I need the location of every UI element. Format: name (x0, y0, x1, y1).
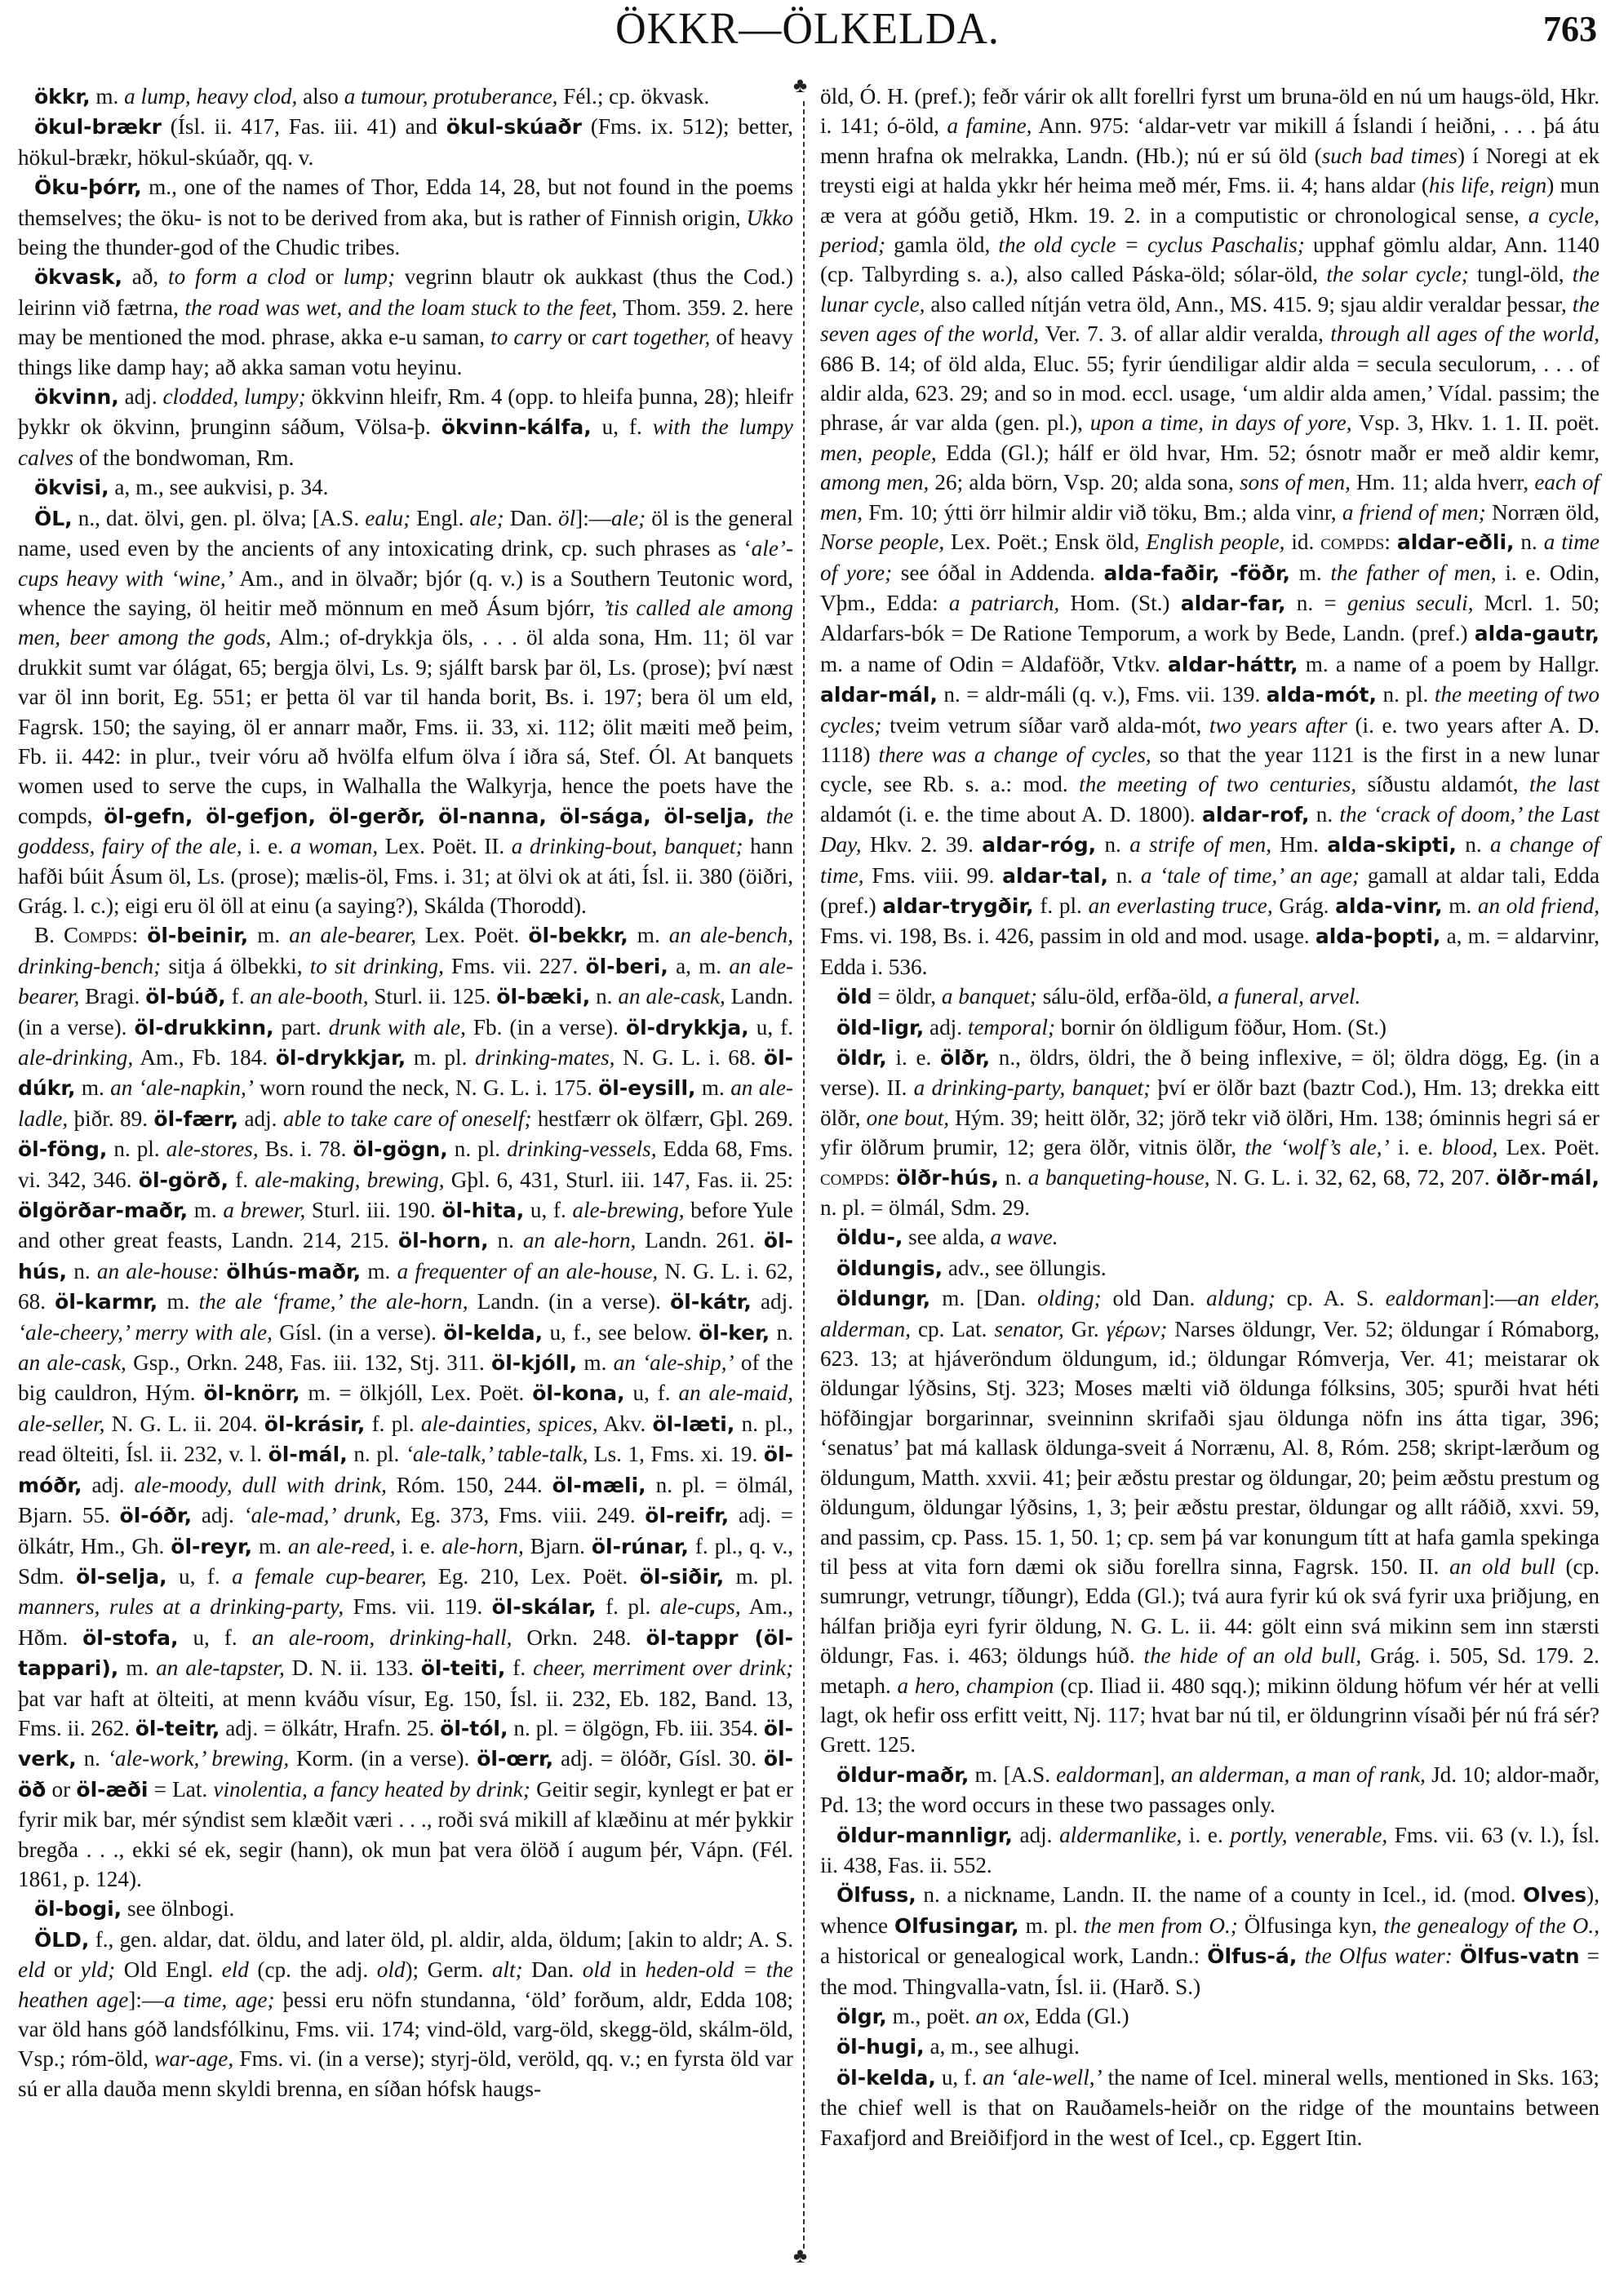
entry-text: or (45, 1957, 81, 1982)
gloss-italic: the last (1529, 772, 1599, 796)
entry-text: Bjarn. (524, 1534, 592, 1558)
headword: öldungr, (836, 1287, 930, 1310)
entry-text: Hm. (1271, 832, 1327, 857)
headword: öl-drykkja, (626, 1016, 749, 1039)
headword: öldur-mannligr, (836, 1824, 1013, 1847)
gloss-italic: a female cup-bearer, (232, 1564, 427, 1589)
headword: ökvinn-kálfa, (441, 415, 592, 439)
gloss-italic: men, people, (820, 441, 937, 465)
entry-text: Vsp. 3, Hkv. 1. 1. II. poët. (1352, 410, 1599, 435)
headword: alda-gautr, (1475, 622, 1599, 645)
gloss-italic: öl (558, 506, 575, 530)
entry-text: Fm. 10; ýtti örr hilmir aldir við töku, … (863, 500, 1342, 525)
entry-text: : (1384, 530, 1396, 554)
entry-text: m. (1443, 893, 1478, 918)
entry-text: compds (820, 1165, 884, 1190)
entry-text: Lex. Poët. II. (378, 834, 512, 858)
headword: öl-rúnar, (592, 1535, 689, 1558)
entry-text: m. (75, 1075, 110, 1100)
gloss-italic: an ale-room, drinking-hall, (252, 1625, 512, 1650)
entry-text: sálu-öld, erfða-öld, (1037, 984, 1218, 1008)
entry-text: n., dat. ölvi, gen. pl. ölva; [A.S. (73, 506, 366, 530)
entry-text: : (884, 1165, 896, 1190)
right-column: öld, Ó. H. (pref.); feðr várir ok allt f… (820, 82, 1599, 2152)
gloss-italic: an ale-cask, (618, 984, 725, 1008)
entry-text: Dan. (523, 1957, 583, 1982)
gloss-italic: ale; (611, 506, 646, 530)
dictionary-entry: ölgr, m., poët. an ox, Edda (Gl.) (820, 2001, 1599, 2032)
headword: aldar-trygðir, (882, 894, 1033, 918)
headword: ölðr-hús, (896, 1166, 999, 1190)
entry-text: a, m., see aukvisi, p. 34. (109, 475, 329, 499)
entry-text: u, f., see below. (543, 1320, 699, 1345)
headword: ölðr-mál, (1496, 1166, 1599, 1190)
entry-text: u, f. (936, 2065, 983, 2090)
entry-text: n. a nickname, Landn. II. the name of a … (916, 1882, 1523, 1907)
entry-text: n. pl. (448, 1137, 507, 1161)
entry-text: Fms. vii. 119. (344, 1594, 491, 1619)
gloss-italic: an everlasting truce, (1089, 893, 1273, 918)
entry-text: Eg. 373, Fms. viii. 249. (401, 1503, 645, 1527)
gloss-italic: an ale-reed, (288, 1534, 395, 1558)
gloss-italic: to sit drinking, (310, 954, 444, 978)
entry-text: = Lat. (148, 1777, 213, 1802)
headword: öl-siðir, (640, 1565, 724, 1589)
gloss-italic: an ‘ale-napkin,’ (110, 1075, 254, 1100)
gloss-italic: a funeral, arvel. (1218, 984, 1360, 1008)
gloss-italic: to carry (490, 325, 561, 349)
gloss-italic: a brewer, (223, 1198, 305, 1222)
entry-text: n. pl. = ölgögn, Fb. iii. 354. (508, 1716, 764, 1740)
dictionary-entry: öld = öldr, a banquet; sálu-öld, erfða-ö… (820, 982, 1599, 1012)
entry-text: Fms. vii. 227. (444, 954, 586, 978)
entry-text: D. N. ii. 133. (285, 1656, 421, 1680)
fleuron-top-icon: ♣ (793, 75, 807, 96)
headword: ökvask, (34, 265, 122, 289)
entry-text (755, 804, 766, 828)
entry-text: see ölnbogi. (122, 1896, 234, 1921)
entry-text: ], (1152, 1762, 1171, 1787)
entry-text: Old Engl. (115, 1957, 221, 1982)
column-divider (803, 101, 805, 2249)
gloss-italic: ‘ale-work,’ brewing, (108, 1746, 289, 1771)
entry-text: also (297, 84, 344, 109)
entry-text: bornir ón öldligum föður, Hom. (St.) (1055, 1015, 1387, 1039)
dictionary-entry: öld, Ó. H. (pref.); feðr várir ok allt f… (820, 82, 1599, 982)
entry-text: m. (188, 1198, 223, 1222)
gloss-italic: one bout, (867, 1106, 949, 1130)
gloss-italic: lump; (344, 264, 395, 289)
entry-text: Bs. i. 78. (259, 1137, 353, 1161)
headword: alda-skipti, (1327, 833, 1457, 857)
gloss-italic: yld; (81, 1957, 115, 1982)
headword: Ölfus-vatn (1460, 1944, 1580, 1968)
gloss-italic: temporal; (968, 1015, 1055, 1039)
headword: öl-kona, (532, 1381, 624, 1405)
entry-text: in (610, 1957, 645, 1982)
entry-text: i. e. (1182, 1823, 1230, 1847)
entry-text: n. (590, 984, 618, 1008)
entry-text: adj. (752, 1289, 793, 1314)
gloss-italic: a drinking-party, banquet; (914, 1075, 1151, 1100)
entry-text: Lex. Poët.; Ensk öld, (944, 530, 1146, 554)
gloss-italic: ale-cups, (660, 1594, 741, 1619)
gloss-italic: such bad times (1322, 144, 1457, 168)
entry-text: m., poët. (887, 2004, 976, 2028)
entry-text: n. (77, 1746, 108, 1771)
entry-text: Fb. (in a verse). (466, 1015, 626, 1039)
gloss-italic: a frequenter of an ale-house, (397, 1259, 659, 1283)
entry-text: n. (1515, 530, 1544, 554)
entry-text: see óðal in Addenda. (892, 561, 1103, 585)
entry-text: m. a name of Odin = Aldaföðr, Vtkv. (820, 652, 1168, 676)
headword: aldar-háttr, (1168, 653, 1298, 676)
entry-text: Am., Fb. 184. (133, 1045, 276, 1070)
dictionary-entry: öld-ligr, adj. temporal; bornir ón öldli… (820, 1013, 1599, 1043)
headword: öl-horn, (398, 1229, 489, 1252)
page-number: 763 (1543, 8, 1597, 50)
page-header: ÖKKR—ÖLKELDA. 763 (0, 5, 1615, 62)
headword: aldar-tal, (1002, 864, 1108, 888)
entry-text: að, (122, 264, 168, 289)
headword: öl-bogi, (34, 1897, 122, 1921)
entry-text (1453, 1944, 1460, 1968)
entry-text: u, f. (749, 1015, 793, 1039)
gloss-italic: ‘ale-mad,’ drunk, (244, 1503, 402, 1527)
entry-text: Orkn. 248. (512, 1625, 646, 1650)
headword: öl-hita, (441, 1199, 524, 1222)
headword: öl-hugi, (836, 2035, 925, 2059)
headword: öl-drykkjar, (276, 1046, 406, 1070)
gloss-italic: an ale-house: (97, 1259, 220, 1283)
dictionary-entry: Ölfuss, n. a nickname, Landn. II. the na… (820, 1880, 1599, 2001)
entry-text: Sturl. ii. 125. (369, 984, 497, 1008)
entry-text: n. (1108, 863, 1141, 888)
gloss-italic: a time, age; (164, 1988, 274, 2012)
headword: öl-karmr, (55, 1290, 158, 1314)
entry-text: m. (252, 1534, 288, 1558)
gloss-italic: there was a change of cycles, (879, 742, 1151, 767)
dictionary-entry: öl-kelda, u, f. an ‘ale-well,’ the name … (820, 2063, 1599, 2152)
headword: aldar-far, (1181, 592, 1286, 615)
headword: ölðr, (940, 1046, 990, 1070)
entry-text: Ls. 1, Fms. xi. 19. (588, 1442, 764, 1466)
entry-text: tungl-öld, (1469, 262, 1573, 286)
gloss-italic: old (583, 1957, 611, 1982)
gloss-italic: cart together, (592, 325, 710, 349)
entry-text: Ölfusinga kyn, (1238, 1913, 1384, 1938)
entry-text: Korm. (in a verse). (289, 1746, 477, 1771)
headword: öl-læti, (652, 1412, 734, 1436)
entry-text: m. (91, 84, 125, 109)
gloss-italic: English people, (1146, 530, 1284, 554)
entry-text: cp. Lat. (911, 1317, 994, 1341)
running-head: ÖKKR—ÖLKELDA. (0, 4, 1615, 55)
entry-text: adj. (238, 1106, 283, 1131)
gloss-italic: able to take care of oneself; (283, 1106, 532, 1131)
entry-text: i. e. (395, 1534, 441, 1558)
dictionary-entry: B. Compds: öl-beinir, m. an ale-bearer, … (18, 920, 793, 1894)
headword: öl-reyr, (171, 1535, 252, 1558)
entry-text: Grág. (1273, 893, 1336, 918)
gloss-italic: Ukko (747, 206, 793, 230)
entry-text: Fél.; cp. ökvask. (557, 84, 709, 109)
gloss-italic: an ale-tapster, (156, 1656, 285, 1680)
gloss-italic: war-age, (154, 2046, 233, 2071)
entry-text: f. pl. (1034, 893, 1089, 918)
dictionary-entry: ökvask, að, to form a clod or lump; vegr… (18, 262, 793, 382)
entry-text: Narses öldungr, Ver. 52; öldungar í Róma… (820, 1317, 1599, 1579)
gloss-italic: blood, (1442, 1135, 1498, 1159)
headword: öldungis, (836, 1257, 943, 1280)
gloss-italic: ‘ale-cheery,’ merry with ale, (18, 1320, 273, 1345)
entry-text: m. (628, 923, 669, 947)
headword: öl-kjóll, (491, 1351, 577, 1375)
left-column: ökkr, m. a lump, heavy clod, also a tumo… (18, 82, 793, 2103)
dictionary-entry: ökkr, m. a lump, heavy clod, also a tumo… (18, 82, 793, 112)
gloss-italic: an ale-cask, (18, 1350, 126, 1375)
headword: öldr, (836, 1046, 887, 1070)
gloss-italic: a wave. (991, 1225, 1058, 1249)
entry-text: Edda (Gl.) (1030, 2004, 1129, 2028)
gloss-italic: a ‘tale of time,’ an age; (1141, 863, 1360, 888)
headword: öl-eysill, (598, 1076, 695, 1100)
headword: ökkr, (34, 85, 91, 109)
dictionary-entry: öldur-mannligr, adj. aldermanlike, i. e.… (820, 1820, 1599, 1881)
gloss-italic: drinking-vessels, (507, 1137, 656, 1161)
entry-text: sitja á ölbekki, (161, 954, 310, 978)
gloss-italic: the father of men, (1330, 561, 1496, 585)
gloss-italic: ale-drinking, (18, 1045, 133, 1070)
gloss-italic: drunk with ale, (329, 1015, 466, 1039)
headword: öl-föng, (18, 1137, 107, 1161)
entry-text: adj. (1013, 1823, 1059, 1847)
headword: ölhús-maðr, (226, 1260, 361, 1283)
entry-text: n. (489, 1228, 523, 1252)
gloss-italic: the Olfus water: (1305, 1944, 1453, 1968)
entry-text: B. (34, 923, 64, 947)
entry-text: adj. (119, 384, 163, 409)
entry-text: adj. (82, 1473, 135, 1497)
entry-text: aldamót (i. e. the time about A. D. 1800… (820, 802, 1202, 827)
entry-text: cp. A. S. (1276, 1286, 1386, 1310)
gloss-italic: a tumour, protuberance, (344, 84, 558, 109)
entry-text: compds (1320, 530, 1384, 554)
entry-text: f. pl. (365, 1412, 421, 1436)
gloss-italic: sons of men, (1240, 470, 1351, 494)
dictionary-entry: ÖL, n., dat. ölvi, gen. pl. ölva; [A.S. … (18, 503, 793, 921)
gloss-italic: the ‘wolf’s ale,’ (1245, 1135, 1389, 1159)
entry-text: Gr. (1064, 1317, 1107, 1341)
entry-text: n. pl. (107, 1137, 166, 1161)
entry-text: a, m., see alhugi. (925, 2034, 1080, 2059)
entry-text: Ver. 7. 3. of allar aldir veralda, (1039, 321, 1330, 346)
gloss-italic: an ox, (976, 2004, 1030, 2028)
entry-text: ]:— (128, 1988, 164, 2012)
gloss-italic: γέρων; (1107, 1317, 1168, 1341)
entry-text: f. pl. (597, 1594, 660, 1619)
entry-text: Norræn öld, (1486, 500, 1599, 525)
headword: ÖL, (34, 507, 73, 530)
entry-text: síðustu aldamót, (1356, 772, 1529, 796)
headword: öldur-maðr, (836, 1763, 969, 1787)
entry-text: tveim vetrum síðar varð alda-mót, (881, 713, 1209, 738)
entry-text: ]:— (1481, 1286, 1517, 1310)
dictionary-entry: ökvisi, a, m., see aukvisi, p. 34. (18, 472, 793, 503)
entry-text: = öldr, (872, 984, 942, 1008)
gloss-italic: ealdorman (1056, 1762, 1152, 1787)
entry-text: n. pl. (348, 1442, 406, 1466)
entry-text (1297, 1944, 1304, 1968)
entry-text: Fms. viii. 99. (864, 863, 1003, 888)
dictionary-entry: öldur-maðr, m. [A.S. ealdorman], an alde… (820, 1760, 1599, 1820)
gloss-italic: his life, reign (1429, 173, 1546, 197)
gloss-italic: the road was wet, and the loam stuck to … (184, 295, 617, 320)
entry-text: n. = (1286, 591, 1347, 615)
headword: öl-selja, (76, 1565, 166, 1589)
gloss-italic: an ‘ale-well,’ (983, 2065, 1103, 2090)
headword: öl-œrr, (477, 1747, 553, 1771)
headword: aldar-eðli, (1397, 530, 1515, 554)
gloss-italic: a drinking-bout, banquet; (512, 834, 743, 858)
entry-text: m. (361, 1259, 397, 1283)
entry-text: N. G. L. ii. 204. (104, 1412, 264, 1436)
gloss-italic: Norse people, (820, 530, 944, 554)
headword: alda-mót, (1267, 683, 1377, 707)
gloss-italic: eld (222, 1957, 249, 1982)
headword: öl-gögn, (353, 1137, 447, 1161)
gloss-italic: portly, venerable, (1230, 1823, 1387, 1847)
entry-text: Eg. 210, Lex. Poët. (427, 1564, 640, 1589)
headword: öl-mál, (268, 1443, 348, 1466)
gloss-italic: ale-stores, (166, 1137, 259, 1161)
headword: ökvisi, (34, 476, 109, 499)
entry-text: u, f. (179, 1625, 252, 1650)
entry-text: gamla öld, (885, 233, 998, 257)
entry-text: i. e. (887, 1045, 940, 1070)
gloss-italic: ealdorman (1386, 1286, 1482, 1310)
entry-text: u, f. (167, 1564, 233, 1589)
entry-text: i. e. (1390, 1135, 1442, 1159)
gloss-italic: genius seculi, (1347, 591, 1473, 615)
headword: ökvinn, (34, 385, 119, 409)
headword: öl-teiti, (421, 1656, 506, 1680)
entry-text: Sturl. iii. 190. (305, 1198, 441, 1222)
entry-text: u, f. (592, 414, 653, 439)
entry-text: being the thunder-god of the Chudic trib… (18, 235, 400, 259)
entry-text: adj. (924, 1015, 968, 1039)
entry-text: m. pl. (724, 1564, 793, 1589)
gloss-italic: drinking-mates, (475, 1045, 614, 1070)
headword: öl-skálar, (492, 1595, 597, 1619)
dictionary-entry: öldr, i. e. ölðr, n., öldrs, öldri, the … (820, 1043, 1599, 1222)
gloss-italic: upon a time, in days of yore, (1090, 410, 1352, 435)
entry-text: m. (1290, 561, 1330, 585)
gloss-italic: the hide of an old bull, (1144, 1643, 1362, 1668)
entry-text: m. (118, 1656, 156, 1680)
entry-text: n. (1096, 832, 1129, 857)
entry-text: or (46, 1777, 76, 1802)
entry-text: old Dan. (1102, 1286, 1207, 1310)
entry-text: þiðr. 89. (68, 1106, 153, 1131)
gloss-italic: aldermanlike, (1059, 1823, 1182, 1847)
entry-text: n. (1309, 802, 1339, 827)
entry-text: Hkv. 2. 39. (862, 832, 983, 857)
entry-text: Dan. (504, 506, 558, 530)
entry-text: m. (248, 923, 289, 947)
headword: Ölfuss, (836, 1883, 916, 1907)
headword: ÖLD, (34, 1928, 89, 1952)
gloss-italic: a hero, champion (898, 1673, 1054, 1698)
headword: ölgörðar-maðr, (18, 1199, 188, 1222)
entry-text: or (561, 325, 592, 349)
entry-text: m. pl. (406, 1045, 475, 1070)
headword: öld (836, 985, 872, 1008)
entry-text: u, f. (625, 1381, 679, 1405)
headword: öl-stofa, (82, 1626, 178, 1650)
entry-text: part. (274, 1015, 329, 1039)
entry-text: Gsp., Orkn. 248, Fas. iii. 132, Stj. 311… (126, 1350, 491, 1375)
gloss-italic: an ale-booth, (250, 984, 368, 1008)
headword: alda-vinr, (1335, 894, 1442, 918)
entry-text: a historical or genealogical work, Landn… (820, 1944, 1207, 1968)
headword: öl-gefn, öl-gefjon, öl-gerðr, öl-nanna, … (104, 804, 755, 828)
entry-text: Hm. 11; alda hverr, (1351, 470, 1534, 494)
headword: öl-knörr, (203, 1381, 299, 1405)
entry-text: ]:— (575, 506, 611, 530)
headword: öl-bæki, (496, 985, 590, 1008)
entry-text: also called nítján vetra öld, Ann., MS. … (925, 292, 1572, 317)
gloss-italic: olding; (1037, 1286, 1102, 1310)
entry-text: Gísl. (in a verse). (273, 1320, 443, 1345)
gloss-italic: two years after (1209, 713, 1347, 738)
entry-text: Lex. Poët. (1497, 1135, 1599, 1159)
headword: alda-þopti, (1316, 924, 1441, 948)
dictionary-entry: öl-hugi, a, m., see alhugi. (820, 2032, 1599, 2062)
gloss-italic: clodded, lumpy; (162, 384, 305, 409)
entry-text: n. (1457, 832, 1490, 857)
headword: Ölfus-á, (1207, 1944, 1297, 1968)
entry-text: n. = aldr-máli (q. v.), Fms. vii. 139. (938, 682, 1267, 707)
gloss-italic: eld (18, 1957, 45, 1982)
dictionary-entry: öl-bogi, see ölnbogi. (18, 1894, 793, 1924)
entry-text: Gþl. 6, 431, Sturl. iii. 147, Fas. ii. 2… (445, 1168, 793, 1192)
headword: öl-kelda, (836, 2066, 936, 2090)
gloss-italic: among men, (820, 470, 929, 494)
fleuron-bottom-icon: ♣ (793, 2245, 807, 2267)
headword: öl-æði (76, 1778, 148, 1802)
dictionary-entry: Öku-þórr, m., one of the names of Thor, … (18, 172, 793, 262)
entry-text: f., gen. aldar, dat. öldu, and later öld… (89, 1927, 793, 1952)
gloss-italic: senator, (994, 1317, 1063, 1341)
gloss-italic: a lump, heavy clod, (124, 84, 297, 109)
headword: öldu-, (836, 1226, 903, 1249)
headword: aldar-mál, (820, 683, 938, 707)
entry-text: n. pl. (1377, 682, 1435, 707)
headword: Olfusingar, (894, 1914, 1019, 1938)
headword: öl-drukkinn, (134, 1016, 273, 1039)
gloss-italic: aldung; (1206, 1286, 1276, 1310)
entry-text: adj. = ölkátr, Hrafn. 25. (220, 1716, 440, 1740)
headword: öld-ligr, (836, 1016, 924, 1039)
entry-text: Edda (Gl.); hálf er öld hvar, Hm. 52; ós… (937, 441, 1599, 465)
gloss-italic: a woman, (291, 834, 379, 858)
headword: Öku-þórr, (34, 175, 142, 199)
entry-text: Alm.; of-drykkja öls, . . . öl alda sona… (18, 625, 793, 827)
gloss-italic: ale-dainties, spices, (421, 1412, 598, 1436)
entry-text: a, m. (668, 954, 729, 978)
headword: ökul-skúaðr (446, 115, 582, 139)
